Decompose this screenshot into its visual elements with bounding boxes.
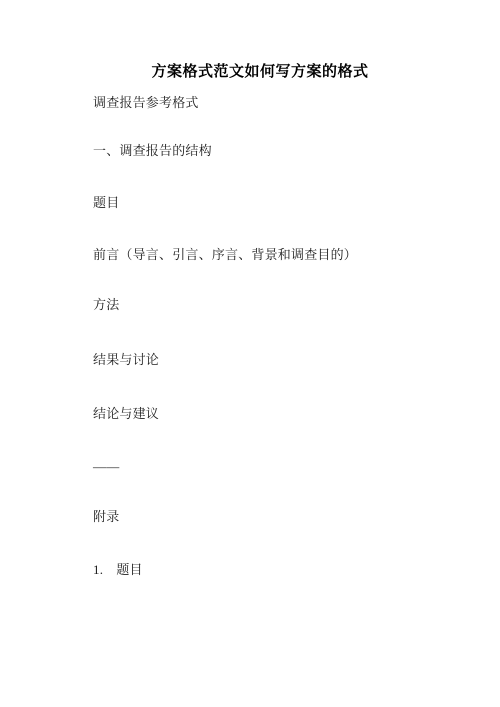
paragraph-list-item-1-topic: 1. 题目 [93, 561, 427, 579]
paragraph-results-discussion: 结果与讨论 [93, 351, 427, 369]
paragraph-section-one-structure: 一、调查报告的结构 [93, 142, 427, 160]
paragraph-foreword: 前言（导言、引言、序言、背景和调查目的） [93, 246, 427, 264]
paragraph-dash-separator: —— [93, 458, 427, 476]
paragraph-report-reference-format: 调查报告参考格式 [93, 94, 427, 112]
paragraph-conclusion-suggestions: 结论与建议 [93, 405, 427, 423]
document-content: 方案格式范文如何写方案的格式 调查报告参考格式 一、调查报告的结构 题目 前言（… [0, 0, 500, 579]
paragraph-appendix: 附录 [93, 508, 427, 526]
document-title: 方案格式范文如何写方案的格式 [93, 62, 427, 82]
paragraph-topic: 题目 [93, 194, 427, 212]
document-page: 方案格式范文如何写方案的格式 调查报告参考格式 一、调查报告的结构 题目 前言（… [0, 0, 500, 707]
paragraph-method: 方法 [93, 296, 427, 314]
